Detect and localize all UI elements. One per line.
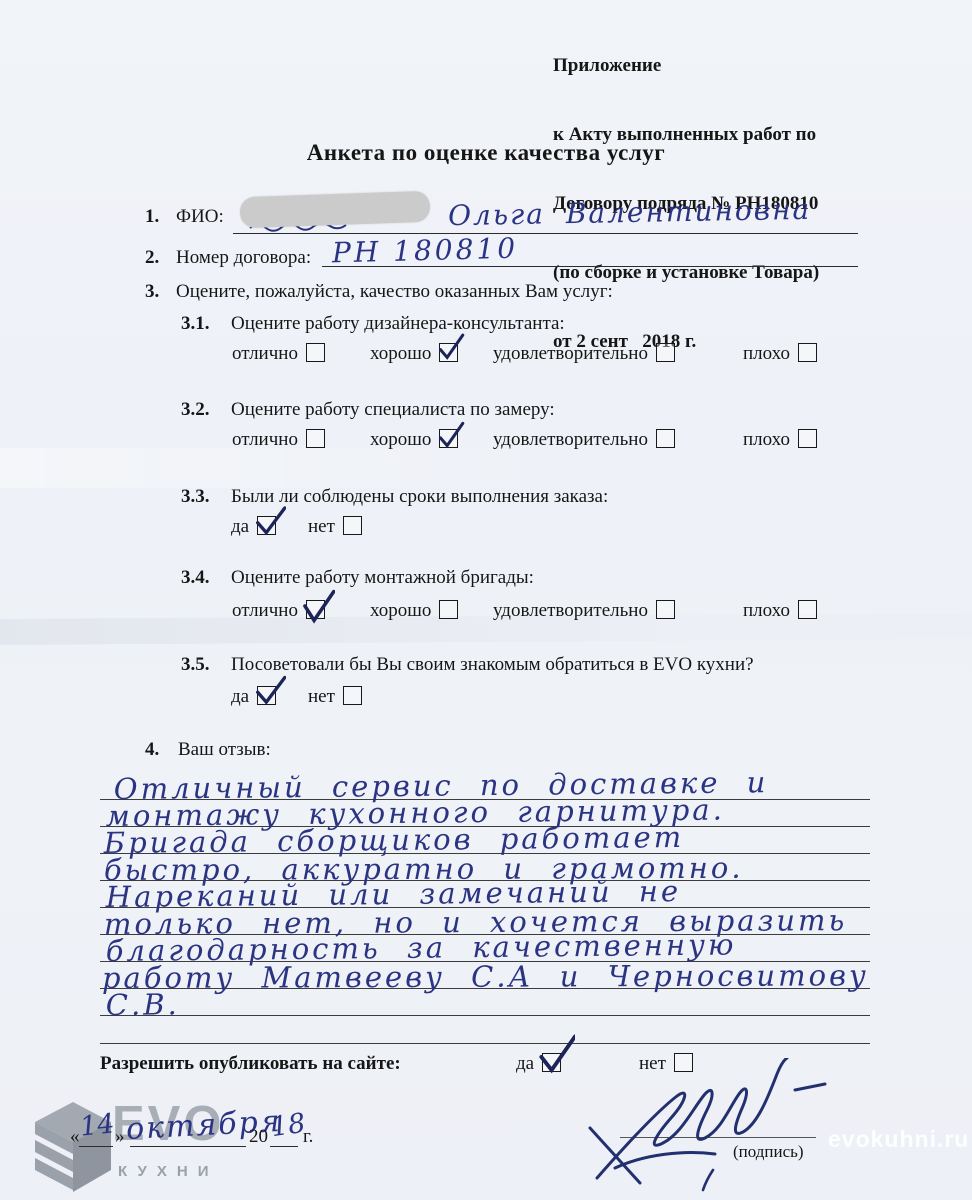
fio-handwritten-value: Ольга Валентиновна xyxy=(448,193,812,232)
sub-item-number: 3.2. xyxy=(181,399,210,421)
option-excellent: отлично xyxy=(232,343,325,365)
contract-label: Номер договора: xyxy=(176,247,311,269)
checkbox[interactable] xyxy=(343,686,362,705)
option-label: да xyxy=(231,516,249,537)
option-label: хорошо xyxy=(370,429,431,450)
checkbox[interactable] xyxy=(306,600,325,619)
option-label: нет xyxy=(308,516,335,537)
yes-no-row: да нет xyxy=(0,516,972,546)
evo-logo-subtext: КУХНИ xyxy=(118,1163,218,1180)
q33-label: Были ли соблюдены сроки выполнения заказ… xyxy=(231,486,608,508)
handwritten-signature xyxy=(585,1058,835,1193)
q31-label: Оцените работу дизайнера-консультанта: xyxy=(231,313,565,335)
checkmark-icon xyxy=(254,674,286,708)
option-bad: плохо xyxy=(743,600,817,622)
sub-item-number: 3.5. xyxy=(181,654,210,676)
date-suffix: г. xyxy=(303,1126,313,1148)
item-number: 3. xyxy=(145,281,159,303)
checkbox[interactable] xyxy=(257,516,276,535)
checkbox[interactable] xyxy=(656,343,675,362)
checkbox[interactable] xyxy=(439,429,458,448)
date-year-handwritten: 18 xyxy=(269,1108,307,1143)
item-number: 1. xyxy=(145,206,159,228)
publish-label: Разрешить опубликовать на сайте: xyxy=(100,1053,401,1075)
option-label: отлично xyxy=(232,343,298,364)
option-label: хорошо xyxy=(370,600,431,621)
review-write-line[interactable] xyxy=(100,1016,870,1044)
checkmark-icon xyxy=(436,333,465,364)
checkbox[interactable] xyxy=(542,1053,561,1072)
option-no: нет xyxy=(308,516,362,538)
option-satisfactory: удовлетворительно xyxy=(493,429,675,451)
site-watermark: evokuhni.ru xyxy=(828,1126,969,1153)
questionnaire-page: Приложение к Акту выполненных работ по Д… xyxy=(0,0,972,1200)
sub-item-number: 3.4. xyxy=(181,567,210,589)
option-label: хорошо xyxy=(370,343,431,364)
checkmark-icon xyxy=(254,505,286,538)
option-excellent: отлично xyxy=(232,600,325,622)
checkbox[interactable] xyxy=(306,343,325,362)
q3-label: Оцените, пожалуйста, качество оказанных … xyxy=(176,281,613,303)
option-label: удовлетворительно xyxy=(493,429,648,450)
option-label: плохо xyxy=(743,343,790,364)
review-write-line[interactable]: работу Матвееву С.А и Черносвитову xyxy=(100,961,870,989)
checkbox[interactable] xyxy=(306,429,325,448)
yes-no-row: да нет xyxy=(0,686,972,716)
checkbox[interactable] xyxy=(439,343,458,362)
option-label: удовлетворительно xyxy=(493,600,648,621)
rating-row: отлично хорошо удовлетворительно плохо xyxy=(0,429,972,459)
option-label: да xyxy=(231,686,249,707)
option-good: хорошо xyxy=(370,343,458,365)
option-label: да xyxy=(516,1053,534,1074)
rating-row: отлично хорошо удовлетворительно плохо xyxy=(0,600,972,630)
option-excellent: отлично xyxy=(232,429,325,451)
option-label: плохо xyxy=(743,600,790,621)
date-year-prefix: 20 xyxy=(249,1126,268,1148)
option-yes: да xyxy=(231,686,276,708)
option-good: хорошо xyxy=(370,600,458,622)
option-satisfactory: удовлетворительно xyxy=(493,600,675,622)
item-number: 4. xyxy=(145,739,159,761)
checkbox[interactable] xyxy=(656,429,675,448)
item-number: 2. xyxy=(145,247,159,269)
option-yes: да xyxy=(231,516,276,538)
review-write-line[interactable]: С.В. xyxy=(100,988,870,1016)
option-good: хорошо xyxy=(370,429,458,451)
sub-item-number: 3.1. xyxy=(181,313,210,335)
checkbox[interactable] xyxy=(439,600,458,619)
rating-row: отлично хорошо удовлетворительно плохо xyxy=(0,343,972,373)
option-label: отлично xyxy=(232,429,298,450)
checkbox[interactable] xyxy=(798,600,817,619)
option-satisfactory: удовлетворительно xyxy=(493,343,675,365)
checkmark-icon xyxy=(537,1032,575,1076)
q34-label: Оцените работу монтажной бригады: xyxy=(231,567,534,589)
option-bad: плохо xyxy=(743,429,817,451)
checkbox[interactable] xyxy=(798,343,817,362)
checkmark-icon xyxy=(301,587,335,625)
header-line: Приложение xyxy=(553,54,963,77)
form-title: Анкета по оценке качества услуг xyxy=(0,140,972,166)
date-close-quote: » xyxy=(115,1126,125,1148)
option-label: плохо xyxy=(743,429,790,450)
option-label: нет xyxy=(308,686,335,707)
checkmark-icon xyxy=(436,419,465,450)
review-write-line[interactable]: Бригада сборщиков работает xyxy=(100,826,870,854)
date-day-handwritten: 14 xyxy=(78,1108,115,1142)
option-no: нет xyxy=(308,686,362,708)
fio-label: ФИО: xyxy=(176,206,224,228)
contract-handwritten-value: РН 180810 xyxy=(332,232,519,270)
checkbox[interactable] xyxy=(343,516,362,535)
q35-label: Посоветовали бы Вы своим знакомым обрати… xyxy=(231,654,754,676)
option-label: отлично xyxy=(232,600,298,621)
checkbox[interactable] xyxy=(798,429,817,448)
checkbox[interactable] xyxy=(257,686,276,705)
option-bad: плохо xyxy=(743,343,817,365)
sub-item-number: 3.3. xyxy=(181,486,210,508)
checkbox[interactable] xyxy=(656,600,675,619)
option-label: удовлетворительно xyxy=(493,343,648,364)
review-label: Ваш отзыв: xyxy=(178,739,271,761)
redaction-blob xyxy=(240,191,431,229)
option-yes: да xyxy=(516,1053,561,1075)
q32-label: Оцените работу специалиста по замеру: xyxy=(231,399,555,421)
